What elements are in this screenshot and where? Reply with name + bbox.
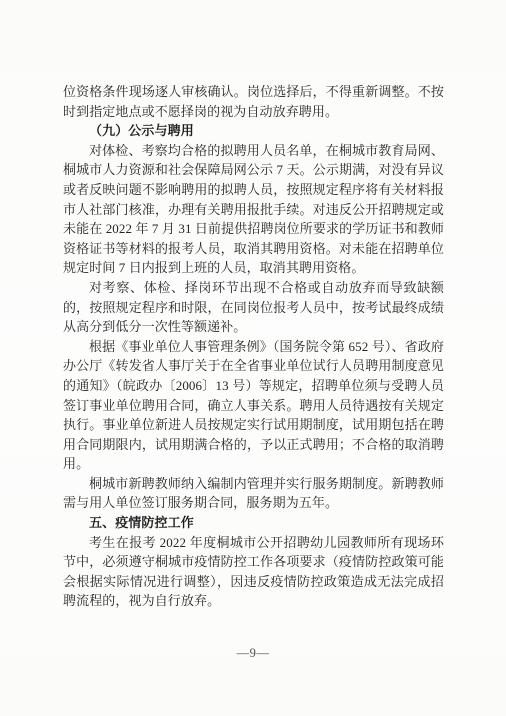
paragraph: 桐城市新聘教师纳入编制内管理并实行服务期制度。新聘教师需与用人单位签订服务期合同… <box>63 474 444 513</box>
paragraph: 根据《事业单位人事管理条例》（国务院令第 652 号）、省政府办公厅《转发省人事… <box>63 337 444 474</box>
paragraph: 对考察、体检、择岗环节出现不合格或自动放弃而导致缺额的，按照规定程序和时限，在同… <box>63 278 444 337</box>
page-number: —9— <box>0 646 506 661</box>
paragraph: 考生在报考 2022 年度桐城市公开招聘幼儿园教师所有现场环节中，必须遵守桐城市… <box>63 533 444 611</box>
paragraph-continuation: 位资格条件现场逐人审核确认。岗位选择后，不得重新调整。不按时到指定地点或不愿择岗… <box>63 82 444 121</box>
section-heading-gongshi-pinyong: （九）公示与聘用 <box>63 121 444 141</box>
paragraph: 对体检、考察均合格的拟聘用人员名单，在桐城市教育局网、桐城市人力资源和社会保障局… <box>63 141 444 278</box>
document-page: 位资格条件现场逐人审核确认。岗位选择后，不得重新调整。不按时到指定地点或不愿择岗… <box>0 0 506 716</box>
section-heading-yiqing-fangkong: 五、疫情防控工作 <box>63 513 444 533</box>
page-body-text: 位资格条件现场逐人审核确认。岗位选择后，不得重新调整。不按时到指定地点或不愿择岗… <box>63 82 444 611</box>
